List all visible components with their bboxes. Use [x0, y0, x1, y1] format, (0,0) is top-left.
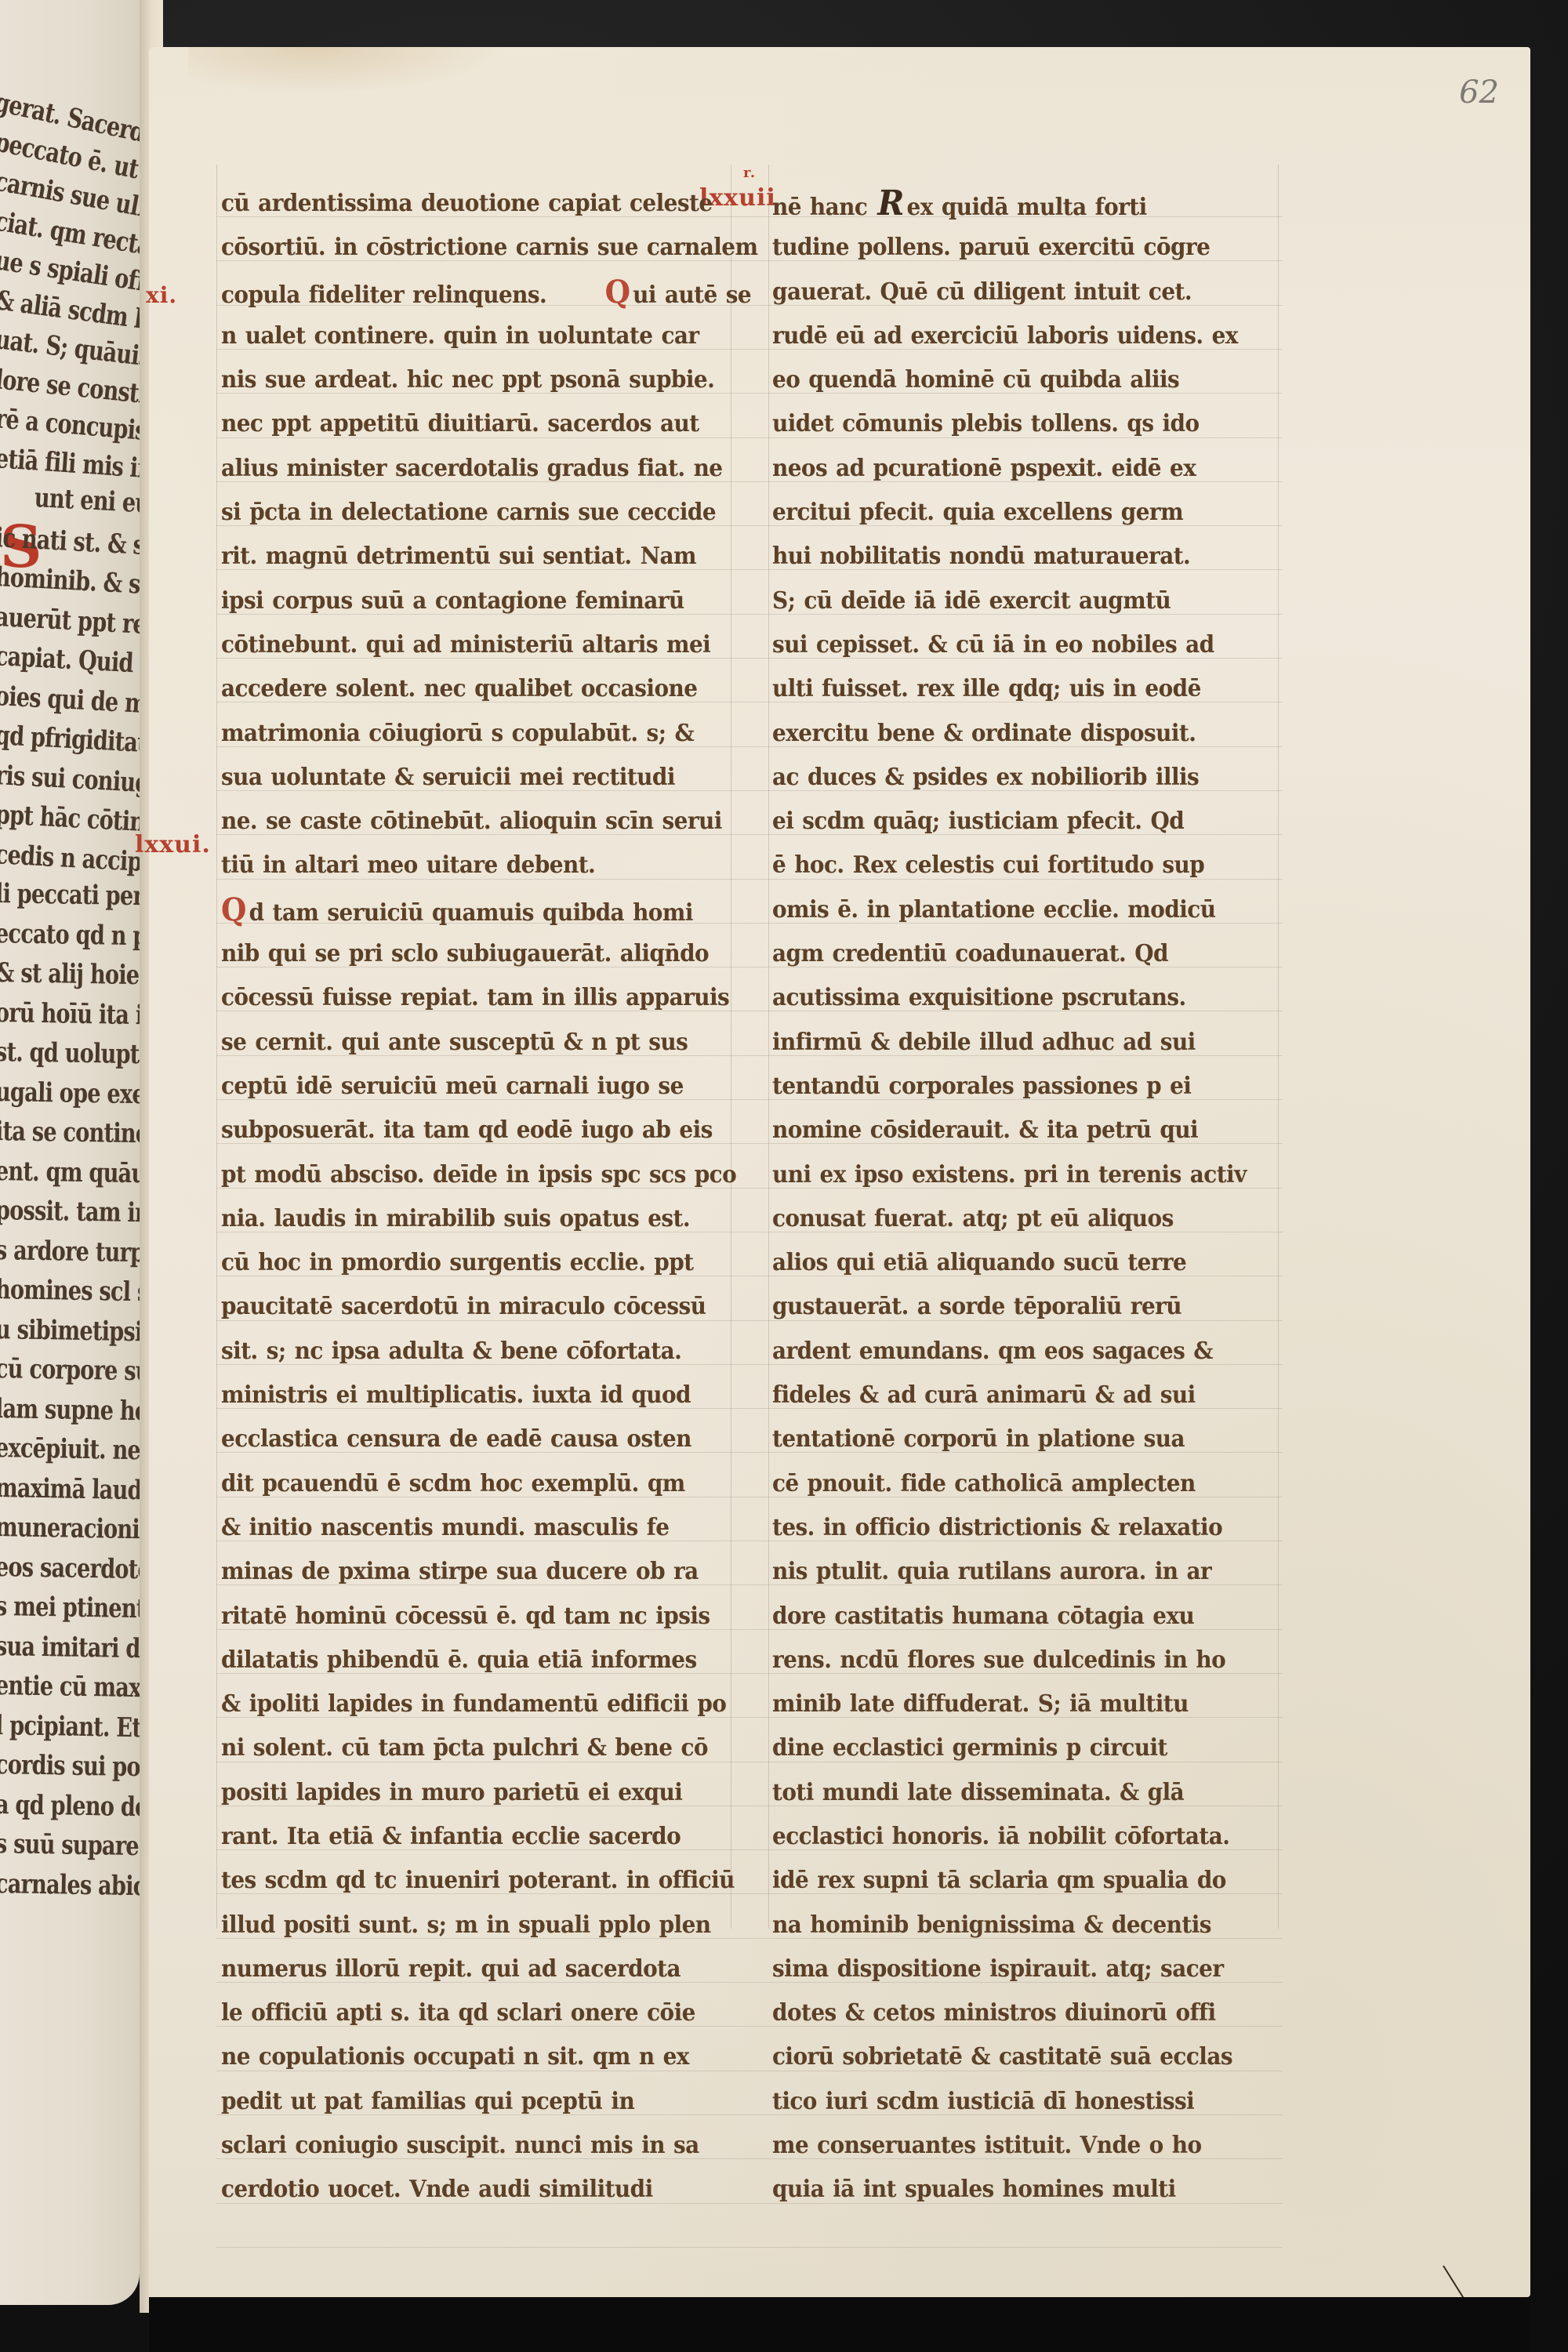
text-line: pedit ut pat familias qui pceptū in [221, 2080, 746, 2124]
left-page-text-line: qd pfrigiditate uel [0, 720, 140, 762]
left-page-text-line: cū corpore suo psicer [0, 1353, 140, 1388]
left-page-text-line: ris sui coniuges hab [0, 760, 140, 803]
text-line: pt modū absciso. deīde in ipsis spc scs … [221, 1153, 746, 1197]
text-line: sui cepisset. & cū iā in eo nobiles ad [772, 623, 1254, 667]
decorated-initial-r: R [877, 182, 903, 226]
text-line: cū hoc in pmordio surgentis ecclie. ppt [221, 1241, 746, 1285]
text-line: sclari coniugio suscipit. nunci mis in s… [221, 2124, 746, 2168]
text-span: copula fideliter relinquens. [221, 281, 546, 309]
left-page-text-line: s suū supare ualet. [0, 1828, 140, 1864]
text-line: alius minister sacerdotalis gradus fiat.… [221, 447, 746, 491]
text-line: le officiū apti s. ita qd sclari onere c… [221, 1991, 746, 2035]
text-span: nē hanc [772, 194, 867, 221]
text-line: dit pcauendū ē scdm hoc exemplū. qm [221, 1462, 746, 1506]
text-line: idē rex supni tā sclaria qm spualia do [772, 1859, 1254, 1903]
text-line: dilatatis phibendū ē. quia etiā informes [221, 1639, 746, 1682]
left-page-text-line: etiā fili mis in eugsio [0, 443, 140, 491]
text-line: dotes & cetos ministros diuinorū offi [772, 1991, 1254, 2035]
text-line: omis ē. in plantatione ecclie. modicū [772, 888, 1254, 932]
text-line: dine ecclastici germinis p circuit [772, 1726, 1254, 1770]
water-stain [188, 47, 502, 94]
text-line: ei scdm quāq; iusticiam pfecit. Qd [772, 800, 1254, 844]
text-line: uidet cōmunis plebis tollens. qs ido [772, 402, 1254, 446]
text-line: copula fideliter relinquens.Qui autē se [221, 270, 746, 314]
text-line: si p̄cta in delectatione carnis sue cecc… [221, 491, 746, 535]
manuscript-page: 62 xi. lxxui. lxxuii r. cū ardentissima … [149, 47, 1530, 2297]
backdrop-bottom [149, 2297, 1530, 2352]
text-line: cē pnouit. fide catholicā amplecten [772, 1462, 1254, 1506]
rubric-chapter-lxxvi: lxxui. [135, 831, 211, 858]
text-line: rit. magnū detrimentū sui sentiat. Nam [221, 535, 746, 579]
text-line: me conseruantes istituit. Vnde o ho [772, 2124, 1254, 2168]
text-line: fideles & ad curā animarū & ad sui [772, 1374, 1254, 1417]
text-line: toti mundi late disseminata. & glā [772, 1771, 1254, 1815]
left-page-text-line: muneracionis idē habe [0, 1512, 140, 1548]
text-line: cerdotio uocet. Vnde audi similitudi [221, 2168, 746, 2212]
left-page-text-line: li peccati penas [0, 878, 140, 913]
text-line: neos ad pcurationē pspexit. eidē ex [772, 447, 1254, 491]
text-line: illud positi sunt. s; m in spuali pplo p… [221, 1904, 746, 1947]
text-line: paucitatē sacerdotū in miraculo cōcessū [221, 1285, 746, 1329]
text-line: nis sue ardeat. hic nec ppt psonā supbie… [221, 358, 746, 402]
text-line: agm credentiū coadunauerat. Qd [772, 932, 1254, 976]
text-line: dore castitatis humana cōtagia exu [772, 1595, 1254, 1639]
text-line: uni ex ipso existens. pri in terenis act… [772, 1153, 1254, 1197]
text-line: ac duces & psides ex nobiliorib illis [772, 756, 1254, 800]
text-line: ipsi corpus suū a contagione feminarū [221, 579, 746, 623]
folio-number: 62 [1459, 74, 1499, 111]
left-page-text-line: capiat. Quid ē hoc [0, 641, 140, 683]
text-line: minib late diffuderat. S; iā multitu [772, 1682, 1254, 1726]
text-line: subposuerāt. ita tam qd eodē iugo ab eis [221, 1109, 746, 1152]
text-line: exercitu bene & ordinate disposuit. [772, 712, 1254, 756]
text-line: se cernit. qui ante susceptū & n pt sus [221, 1021, 746, 1065]
text-line: matrimonia cōiugiorū s copulabūt. s; & [221, 712, 746, 756]
left-page-text-line: a qd pleno desiderio [0, 1789, 140, 1824]
left-page-text-line: s mei ptinentes. plen [0, 1591, 140, 1626]
text-line: rant. Ita etiā & infantia ecclie sacerdo [221, 1815, 746, 1859]
left-page-text-line: st. qd uoluptatē [0, 1036, 140, 1071]
text-line: tentationē corporū in platione sua [772, 1417, 1254, 1461]
rubric-superscript: r. [743, 165, 756, 181]
text-span: d tam seruiciū quamuis quibda homi [249, 899, 693, 927]
text-line: tentandū corporales passiones p ei [772, 1065, 1254, 1109]
text-span: ui autē se [633, 281, 751, 309]
text-line: & ipoliti lapides in fundamentū edificii… [221, 1682, 746, 1726]
left-page-text-line: orū hoīū ita in co [0, 997, 140, 1032]
left-page-text-line: maximā laudē cū me [0, 1472, 140, 1508]
text-line: cū ardentissima deuotione capiat celeste [221, 182, 746, 226]
text-line: cōtinebunt. qui ad ministeriū altaris me… [221, 623, 746, 667]
left-page-text-line: carnales abicer [0, 1868, 140, 1903]
text-line: ritatē hominū cōcessū ē. qd tam nc ipsis [221, 1595, 746, 1639]
left-page-text-line: l pcipiant. Et ido qu [0, 1710, 140, 1745]
left-page-text-line: cedis n accipien [0, 839, 140, 880]
text-line: tes. in officio districtionis & relaxati… [772, 1506, 1254, 1550]
left-page-text-line: u sibimetipsis hoc [0, 1314, 140, 1349]
text-line: sima dispositione ispirauit. atq; sacer [772, 1947, 1254, 1991]
text-line: hui nobilitatis nondū maturauerat. [772, 535, 1254, 579]
text-line: infirmū & debile illud adhuc ad sui [772, 1021, 1254, 1065]
text-line: ne. se caste cōtinebūt. alioquin scīn se… [221, 800, 746, 844]
text-line: tico iuri scdm iusticiā dī honestissi [772, 2080, 1254, 2124]
left-page-text-line: eos sacerdotes mei & [0, 1552, 140, 1587]
text-line: tes scdm qd tc inueniri poterant. in off… [221, 1859, 746, 1903]
left-page-text-line: ita se continentes [0, 1116, 140, 1150]
left-page-text-line: auerūt ppt regnū [0, 601, 140, 643]
rubricated-initial-q: Q [605, 270, 630, 314]
text-line: Qd tam seruiciū quamuis quibda homi [221, 888, 746, 932]
text-line: ministris ei multiplicatis. iuxta id quo… [221, 1374, 746, 1417]
text-line: nis ptulit. quia rutilans aurora. in ar [772, 1550, 1254, 1594]
text-line: conusat fuerat. atq; pt eū aliquos [772, 1197, 1254, 1241]
left-page-text-line: possit. tam in uolu [0, 1195, 140, 1230]
text-line: rudē eū ad exerciciū laboris uidens. ex [772, 314, 1254, 358]
left-page-text-line: unt eni eunuchi q [34, 482, 140, 524]
text-line: positi lapides in muro parietū ei exqui [221, 1771, 746, 1815]
text-line: tiū in altari meo uitare debent. [221, 844, 746, 887]
text-line: ardent emundans. qm eos sagaces & [772, 1330, 1254, 1374]
text-line: quia iā int spuales homines multi [772, 2168, 1254, 2212]
text-line: cōcessū fuisse repiat. tam in illis appa… [221, 976, 746, 1020]
text-line: ecclastica censura de eadē causa osten [221, 1417, 746, 1461]
text-line: na hominib benignissima & decentis [772, 1904, 1254, 1947]
left-page-text-line: ugali ope exercere [0, 1076, 140, 1112]
text-line: ceptū idē seruiciū meū carnali iugo se [221, 1065, 746, 1109]
text-span: ex quidā multa forti [907, 194, 1147, 221]
text-line: alios qui etiā aliquando sucū terre [772, 1241, 1254, 1285]
text-line: ciorū sobrietatē & castitatē suā ecclas [772, 2035, 1254, 2079]
text-column-b: nē hancRex quidā multa fortitudine polle… [772, 182, 1290, 2212]
text-line: nec ppt appetitū diuitiarū. sacerdos aut [221, 402, 746, 446]
text-line: nia. laudis in mirabilib suis opatus est… [221, 1197, 746, 1241]
text-line: nib qui se pri sclo subiugauerāt. aliqn̄… [221, 932, 746, 976]
left-page-text-line: oies qui de matro [0, 681, 140, 722]
rubric-chapter-xi: xi. [146, 282, 177, 308]
text-line: ne copulationis occupati n sit. qm n ex [221, 2035, 746, 2079]
text-line: ē hoc. Rex celestis cui fortitudo sup [772, 844, 1254, 887]
left-page-text-line: ent. qm quāuis hoc [0, 1156, 140, 1191]
text-line: sit. s; nc ipsa adulta & bene cōfortata. [221, 1330, 746, 1374]
left-page-text-line: s ardore turpitudin [0, 1235, 140, 1270]
left-page-text-line: sua imitari debet. qua [0, 1631, 140, 1667]
text-line: cōsortiū. in cōstrictione carnis sue car… [221, 226, 746, 270]
text-line: gauerat. Quē cū diligent intuit cet. [772, 270, 1254, 314]
text-line: gustauerāt. a sorde tēporaliū rerū [772, 1285, 1254, 1329]
text-line: & initio nascentis mundi. masculis fe [221, 1506, 746, 1550]
text-line: ulti fuisset. rex ille qdq; uis in eodē [772, 667, 1254, 711]
left-page-edge: S gerat. Sacerdos eni quipeccato ē. ut m… [0, 0, 140, 2305]
left-page-text-line: excēpiuit. nec eā habe [0, 1432, 140, 1468]
text-line: nē hancRex quidā multa forti [772, 182, 1254, 226]
text-line: accedere solent. nec qualibet occasione [221, 667, 746, 711]
ruling-line [216, 165, 217, 1929]
text-line: eo quendā hominē cū quibda aliis [772, 358, 1254, 402]
text-line: acutissima exquisitione pscrutans. [772, 976, 1254, 1020]
text-line: S; cū deīde iā idē exercit augmtū [772, 579, 1254, 623]
left-page-text-line: ppt hāc cōtinentiā [0, 799, 140, 841]
left-page-text-line: entie cū maximo cr [0, 1670, 140, 1705]
text-line: numerus illorū repit. qui ad sacerdota [221, 1947, 746, 1991]
text-line: n ualet continere. quin in uoluntate car [221, 314, 746, 358]
text-line: tudine pollens. paruū exercitū cōgre [772, 226, 1254, 270]
text-line: ercitui pfecit. quia excellens germ [772, 491, 1254, 535]
left-page-text-line: & st alij hoies q [0, 957, 140, 992]
left-page-text-line: cordis sui potest hoc [0, 1749, 140, 1784]
text-line: ecclastici honoris. iā nobilit cōfortata… [772, 1815, 1254, 1859]
ruling-line [216, 2247, 1283, 2248]
text-line: ni solent. cū tam p̄cta pulchri & bene c… [221, 1726, 746, 1770]
text-line: rens. ncdū flores sue dulcedinis in ho [772, 1639, 1254, 1682]
text-column-a: cū ardentissima deuotione capiat celeste… [221, 182, 786, 2212]
text-line: sua uoluntate & seruicii mei rectitudi [221, 756, 746, 800]
left-page-text-line: homines scl spiale [0, 1274, 140, 1309]
left-page-text-line: hominib. & st eunuch [0, 561, 140, 605]
rubricated-initial-q: Q [221, 888, 246, 932]
text-line: minas de pxima stirpe sua ducere ob ra [221, 1550, 746, 1594]
left-page-text-line: lam supne heredita [0, 1393, 140, 1428]
left-page-text-line: eccato qd n ppet [0, 918, 140, 953]
text-line: nomine cōsiderauit. & ita petrū qui [772, 1109, 1254, 1152]
